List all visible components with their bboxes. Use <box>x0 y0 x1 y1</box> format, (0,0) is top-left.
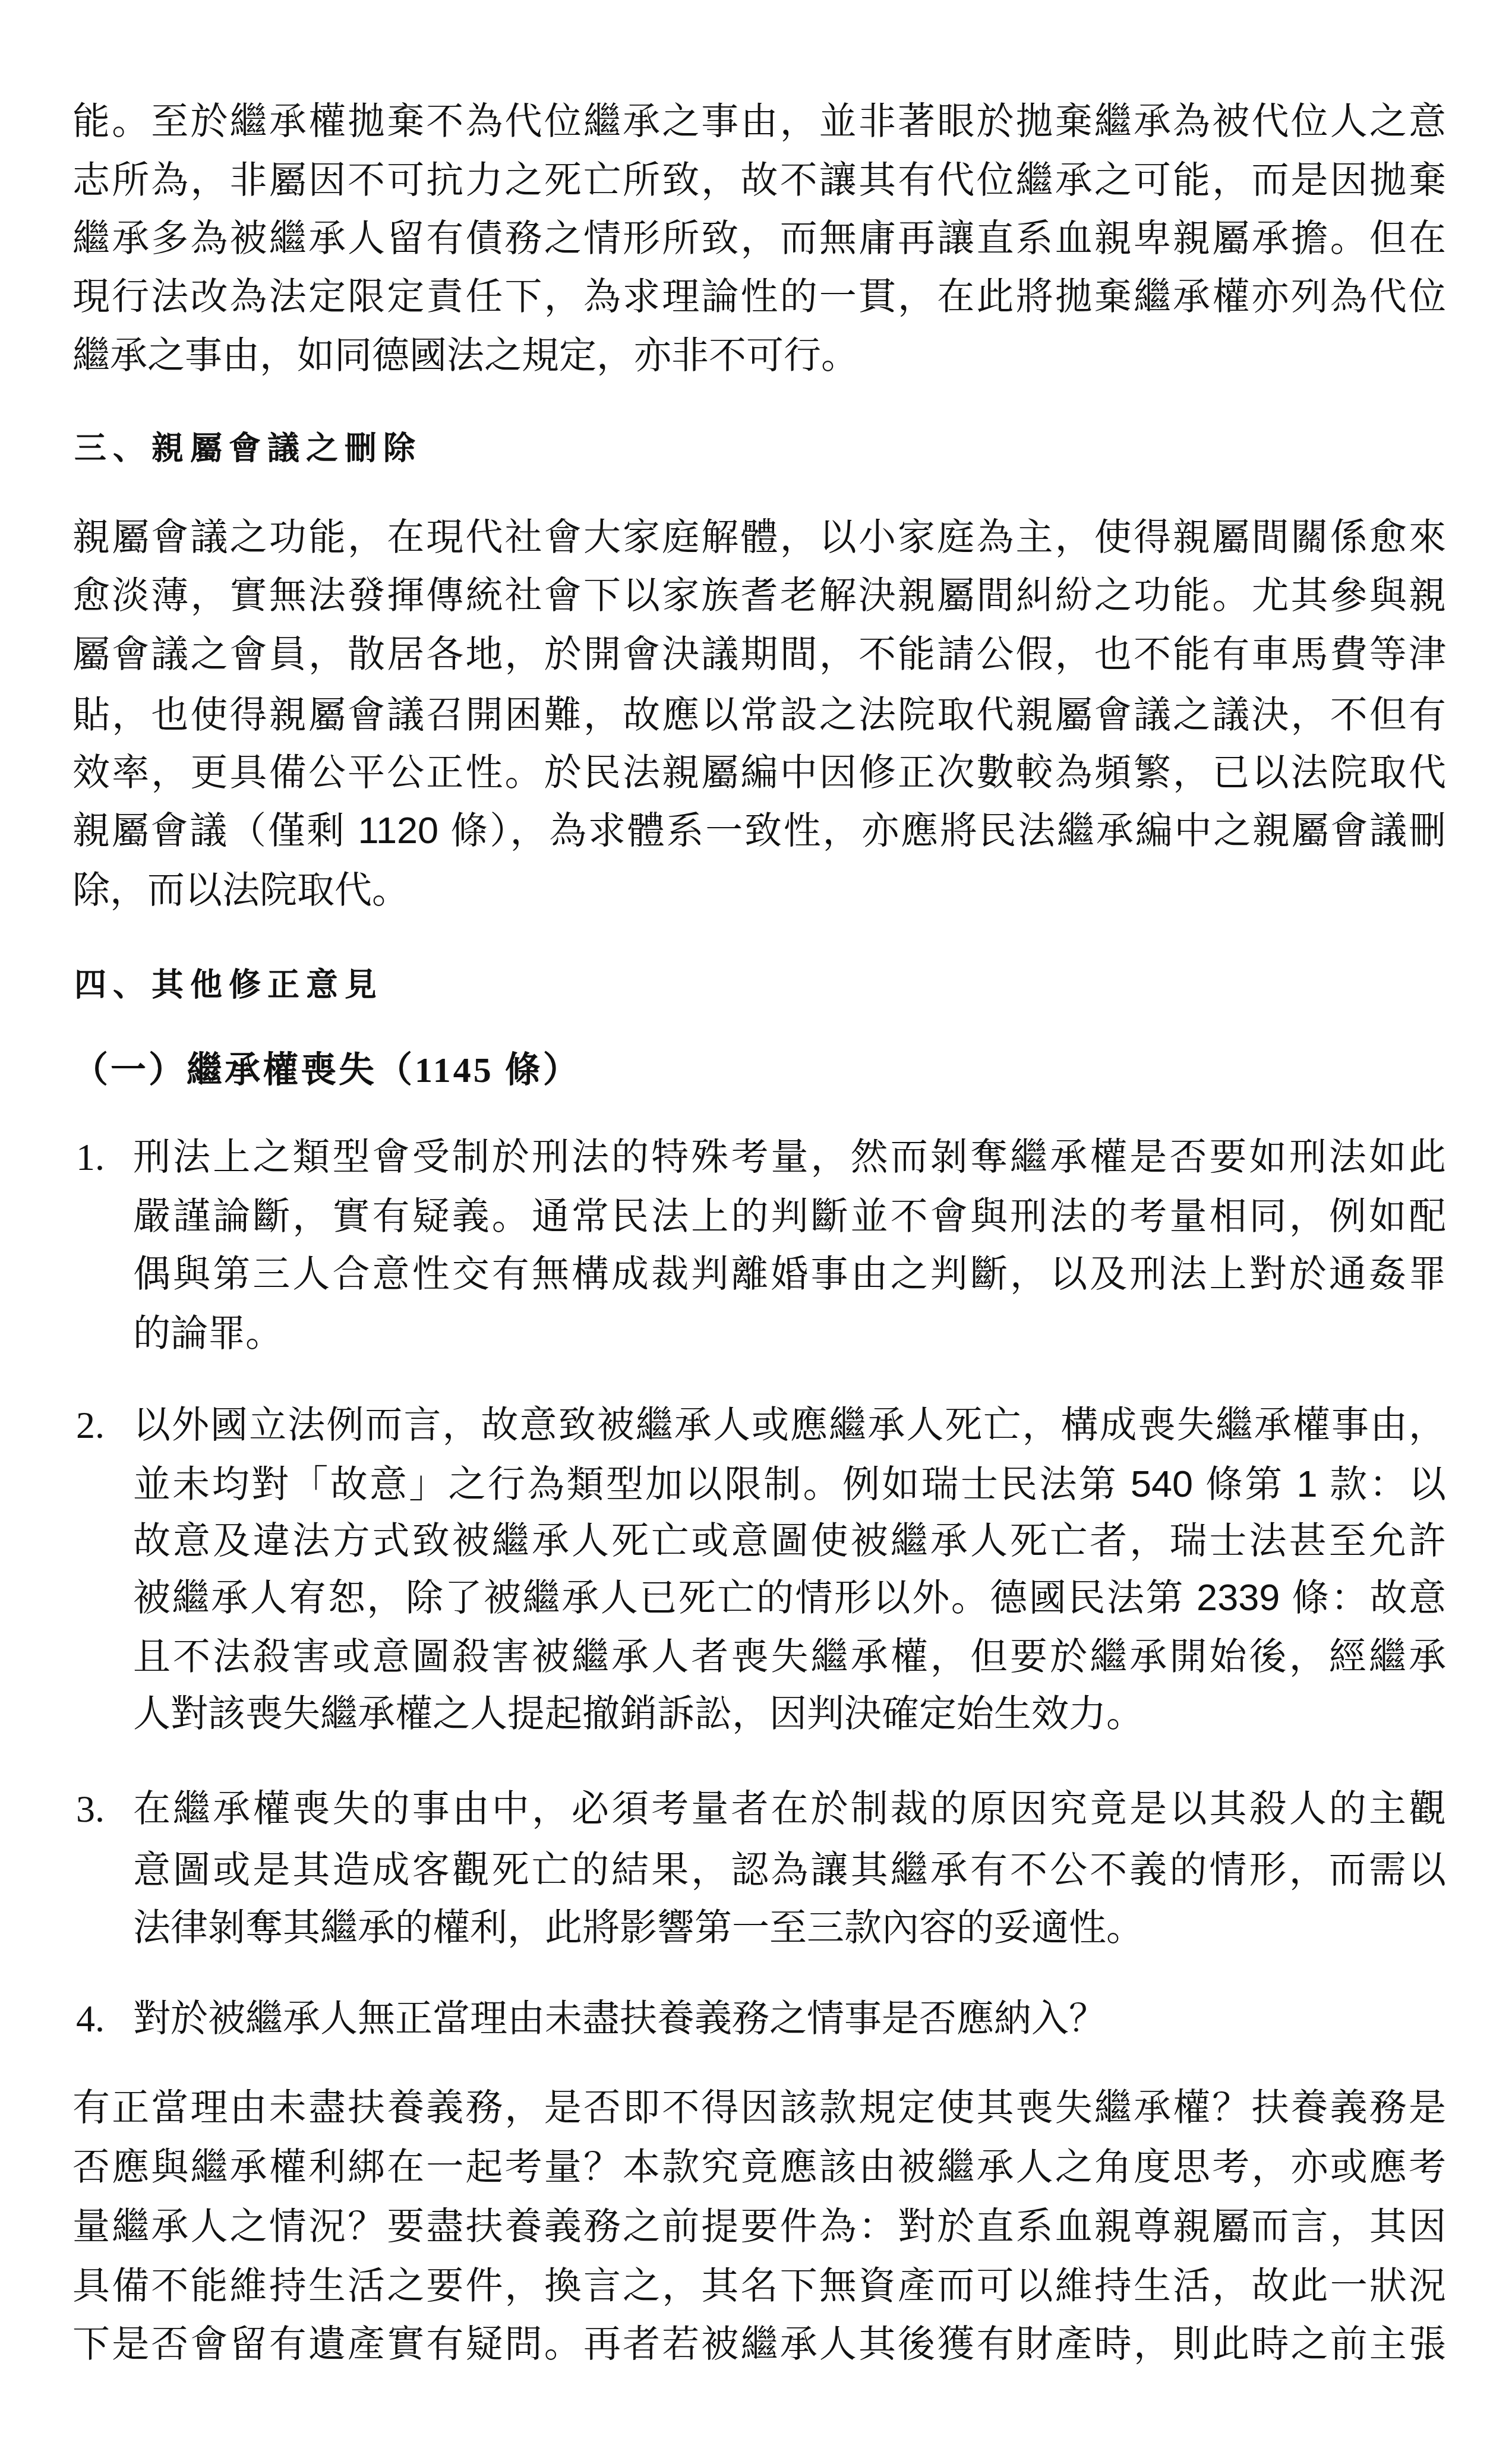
text-line: 且不法殺害或意圖殺害被繼承人者喪失繼承權，但要於繼承開始後，經繼承 <box>133 1638 1446 1676</box>
section-heading: 三、親屬會議之刪除 <box>74 432 422 465</box>
text-line: 以外國立法例而言，故意致被繼承人或應繼承人死亡，構成喪失繼承權事由， <box>133 1406 1446 1444</box>
section-heading: 四、其他修正意見 <box>74 968 383 1002</box>
text-line: 有正當理由未盡扶養義務，是否即不得因該款規定使其喪失繼承權？扶養義務是 <box>72 2089 1446 2127</box>
text-line: 嚴謹論斷，實有疑義。通常民法上的判斷並不會與刑法的考量相同，例如配 <box>133 1198 1446 1235</box>
text-line: 下是否會留有遺產實有疑問。再者若被繼承人其後獲有財產時，則此時之前主張 <box>72 2326 1446 2363</box>
text-line: 具備不能維持生活之要件，換言之，其名下無資產而可以維持生活，故此一狀況 <box>72 2267 1446 2305</box>
text-line: 對於被繼承人無正當理由未盡扶養義務之情事是否應納入？ <box>133 2000 1446 2037</box>
text-line: 的論罪。 <box>133 1315 1446 1352</box>
text-line: 現行法改為法定限定責任下，為求理論性的一貫，在此將拋棄繼承權亦列為代位 <box>72 278 1446 315</box>
text-line: 並未均對「故意」之行為類型加以限制。例如瑞士民法第 540 條第 1 款：以 <box>133 1466 1446 1503</box>
text-line: 偶與第三人合意性交有無構成裁判離婚事由之判斷，以及刑法上對於通姦罪 <box>133 1255 1446 1293</box>
subsection-heading: （一）繼承權喪失（1145 條） <box>72 1051 581 1089</box>
text-line: 否應與繼承權利綁在一起考量？本款究竟應該由被繼承人之角度思考，亦或應考 <box>72 2148 1446 2186</box>
text-line: 法律剝奪其繼承的權利，此將影響第一至三款內容的妥適性。 <box>133 1909 1446 1946</box>
text-line: 屬會議之會員，散居各地，於開會決議期間，不能請公假，也不能有車馬費等津 <box>72 636 1446 673</box>
text-line: 親屬會議（僅剩 1120 條），為求體系一致性，亦應將民法繼承編中之親屬會議刪 <box>72 812 1446 850</box>
list-item-number: 2. <box>76 1406 124 1444</box>
document-page: 能。至於繼承權拋棄不為代位繼承之事由，並非著眼於拋棄繼承為被代位人之意 志所為，… <box>0 0 1512 2442</box>
text-line: 志所為，非屬因不可抗力之死亡所致，故不讓其有代位繼承之可能，而是因拋棄 <box>72 162 1446 199</box>
text-line: 繼承多為被繼承人留有債務之情形所致，而無庸再讓直系血親卑親屬承擔。但在 <box>72 220 1446 257</box>
text-line: 被繼承人宥恕，除了被繼承人已死亡的情形以外。德國民法第 2339 條：故意 <box>133 1579 1446 1617</box>
list-item-number: 3. <box>76 1790 124 1828</box>
text-line: 除，而以法院取代。 <box>72 872 1446 909</box>
text-line: 能。至於繼承權拋棄不為代位繼承之事由，並非著眼於拋棄繼承為被代位人之意 <box>72 103 1446 140</box>
list-item-number: 1. <box>76 1138 124 1176</box>
text-line: 親屬會議之功能，在現代社會大家庭解體，以小家庭為主，使得親屬間關係愈來 <box>72 519 1446 556</box>
text-line: 量繼承人之情況？要盡扶養義務之前提要件為：對於直系血親尊親屬而言，其因 <box>72 2208 1446 2245</box>
text-line: 故意及違法方式致被繼承人死亡或意圖使被繼承人死亡者，瑞士法甚至允許 <box>133 1522 1446 1560</box>
text-line: 刑法上之類型會受制於刑法的特殊考量，然而剝奪繼承權是否要如刑法如此 <box>133 1138 1446 1176</box>
text-line: 貼，也使得親屬會議召開困難，故應以常設之法院取代親屬會議之議決，不但有 <box>72 696 1446 734</box>
text-line: 繼承之事由，如同德國法之規定，亦非不可行。 <box>72 337 1446 374</box>
text-line: 在繼承權喪失的事由中，必須考量者在於制裁的原因究竟是以其殺人的主觀 <box>133 1790 1446 1828</box>
text-line: 效率，更具備公平公正性。於民法親屬編中因修正次數較為頻繁，已以法院取代 <box>72 754 1446 791</box>
text-line: 意圖或是其造成客觀死亡的結果，認為讓其繼承有不公不義的情形，而需以 <box>133 1851 1446 1889</box>
text-line: 愈淡薄，實無法發揮傳統社會下以家族耆老解決親屬間糾紛之功能。尤其參與親 <box>72 577 1446 614</box>
text-line: 人對該喪失繼承權之人提起撤銷訴訟，因判決確定始生效力。 <box>133 1695 1446 1733</box>
list-item-number: 4. <box>76 2000 124 2037</box>
